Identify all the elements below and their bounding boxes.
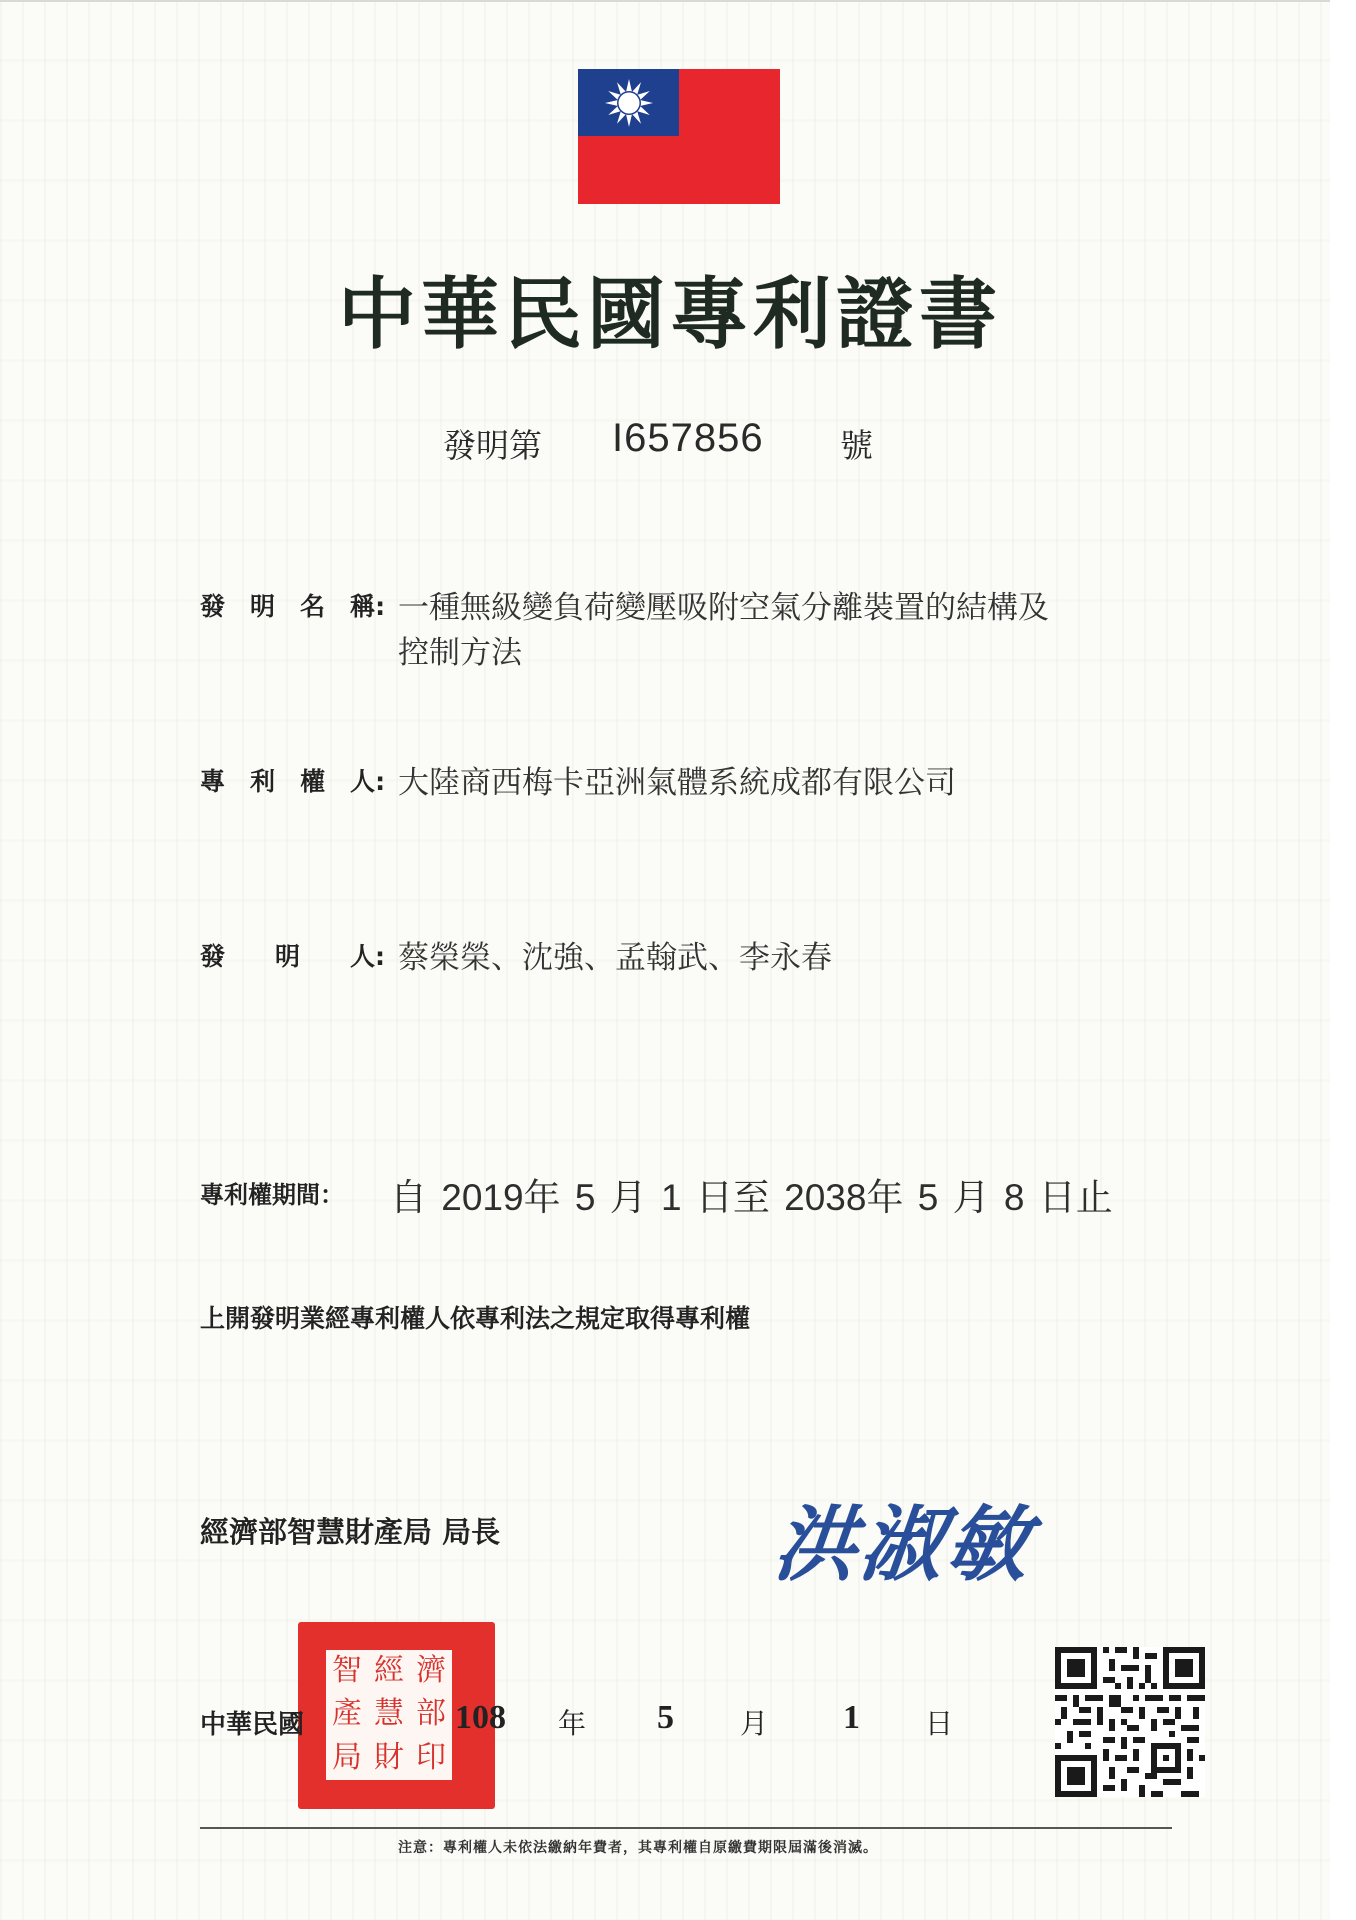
label-colon: : [375, 942, 385, 971]
seal-char: 慧 [368, 1693, 410, 1736]
seal-char: 部 [410, 1693, 452, 1736]
issuing-agency-title: 經濟部智慧財產局 局長 [200, 1510, 500, 1551]
seal-char: 印 [410, 1737, 452, 1780]
seal-char: 財 [368, 1737, 410, 1780]
grant-statement: 上開發明業經專利權人依專利法之規定取得專利權 [200, 1299, 750, 1335]
white-sun-icon [603, 77, 655, 129]
label-char: 名 [300, 587, 350, 623]
certificate-title: 中華民國專利證書 [338, 252, 1002, 364]
invention-name-line-2: 控制方法 [398, 627, 522, 672]
annuity-notice: 注意：專利權人未依法繳納年費者，其專利權自原繳費期限屆滿後消滅。 [398, 1837, 878, 1857]
patent-term-value: 自 2019年 5 月 1 日至 2038年 5 月 8 日止 [390, 1167, 1113, 1221]
seal-char: 智 [326, 1650, 368, 1693]
patentee-label: 專利權人: [200, 762, 385, 798]
footer-divider [200, 1827, 1172, 1829]
seal-inscription: 濟 經 智 部 慧 產 印 財 局 [326, 1650, 452, 1780]
invention-name-line-1: 一種無級變負荷變壓吸附空氣分離裝置的結構及 [398, 582, 1049, 627]
patent-number-suffix: 號 [840, 420, 873, 467]
label-char: 明 [250, 587, 300, 623]
inventors-value: 蔡榮榮、沈強、孟翰武、李永春 [398, 932, 832, 977]
label-colon: : [375, 767, 385, 796]
label-char: 稱 [350, 587, 375, 623]
seal-char: 產 [326, 1693, 368, 1736]
issue-date-month-unit: 月 [740, 1702, 768, 1742]
label-colon: : [375, 592, 385, 621]
flag-icon [578, 69, 780, 204]
invention-name-label: 發明名稱: [200, 587, 385, 623]
label-char: 發 [200, 937, 275, 973]
issue-date-year: 108 [455, 1699, 506, 1737]
label-char: 權 [300, 762, 350, 798]
issue-date-year-unit: 年 [558, 1702, 586, 1742]
seal-char: 濟 [410, 1650, 452, 1693]
label-char: 利 [250, 762, 300, 798]
inventors-label: 發明人: [200, 937, 385, 973]
issue-date-month: 5 [657, 1699, 674, 1737]
patent-term-label: 專利權期間： [200, 1175, 344, 1210]
patent-number-prefix: 發明第 [443, 420, 542, 467]
qr-code-icon [1055, 1647, 1205, 1797]
patent-number: I657856 [612, 416, 764, 461]
seal-char: 局 [326, 1737, 368, 1780]
seal-char: 經 [368, 1650, 410, 1693]
patentee-value: 大陸商西梅卡亞洲氣體系統成都有限公司 [398, 757, 956, 802]
label-char: 人 [350, 937, 375, 973]
issue-date-day: 1 [843, 1699, 860, 1737]
label-char: 專 [200, 762, 250, 798]
issue-date-day-unit: 日 [925, 1702, 953, 1742]
label-char: 發 [200, 587, 250, 623]
label-char: 人 [350, 762, 375, 798]
label-char: 明 [275, 937, 350, 973]
director-signature: 洪淑敏 [769, 1480, 1039, 1597]
issue-date-era: 中華民國 [200, 1704, 304, 1741]
certificate-paper: 中華民國專利證書 發明第 I657856 號 發明名稱: 一種無級變負荷變壓吸附… [0, 0, 1330, 1920]
